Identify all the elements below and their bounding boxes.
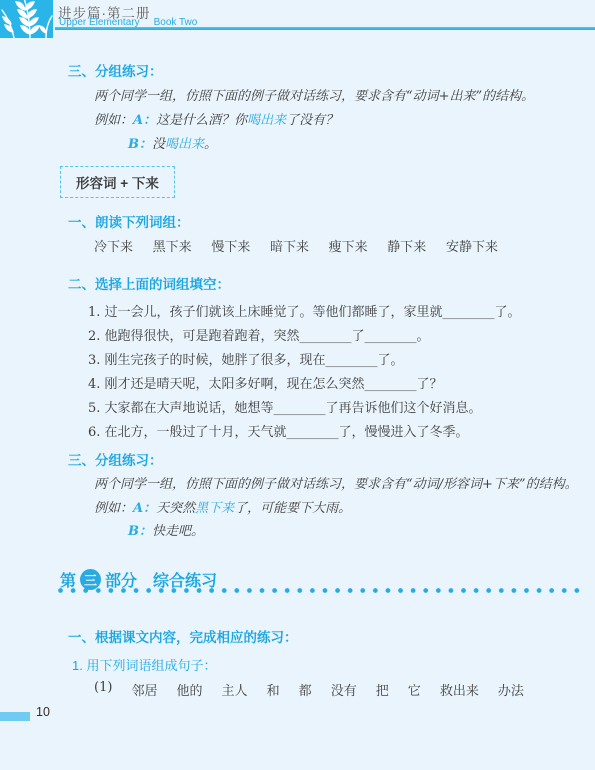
header-divider (55, 27, 595, 30)
word-item: 救出来 (440, 680, 479, 699)
make-sentences-subheading: 1. 用下列词语组成句子： (72, 655, 216, 674)
wheat-icon (0, 0, 53, 38)
word-item: 黑下来 (153, 236, 192, 255)
word-item: 慢下来 (211, 236, 250, 255)
sentence-item-label: (1) (94, 680, 112, 699)
b-text-post: 。 (204, 137, 217, 152)
speaker-a-label: A： (133, 501, 156, 516)
adj-practice-instruction: 两个同学一组，仿照下面的例子做对话练习，要求含有“动词/形容词+下来”的结构。 (94, 473, 578, 492)
fill-blank-sentence: 1. 过一会儿，孩子们就该上床睡觉了。等他们都睡了，家里就________了。 (88, 301, 521, 320)
verb-practice-instruction: 两个同学一组，仿照下面的例子做对话练习，要求含有“动词+出来”的结构。 (94, 85, 534, 104)
page-number: 10 (36, 705, 50, 719)
fill-blanks-heading: 二、选择上面的词组填空： (68, 273, 230, 293)
fill-blank-sentence: 6. 在北方，一般过了十月，天气就________了，慢慢进入了冬季。 (88, 421, 469, 440)
footer-accent-bar (0, 712, 30, 721)
verb-practice-example-a: 例如：A：这是什么酒？你喝出来了没有？ (94, 109, 338, 128)
fill-blank-sentence: 2. 他跑得很快，可是跑着跑着，突然________了________。 (88, 325, 430, 344)
word-item: 冷下来 (94, 236, 133, 255)
dotted-divider (58, 588, 582, 594)
word-item: 瘦下来 (329, 236, 368, 255)
a-text-post: 了没有？ (286, 113, 338, 128)
word-item: 和 (267, 680, 280, 699)
example-label: 例如： (94, 113, 133, 128)
a-text-highlight: 喝出来 (247, 113, 286, 128)
word-item: 邻居 (131, 680, 157, 699)
example-label: 例如： (94, 501, 133, 516)
speaker-a-label: A： (133, 113, 156, 128)
b-text: 快走吧。 (152, 524, 204, 539)
adj-practice-heading: 三、分组练习： (68, 449, 163, 469)
word-item: 暗下来 (270, 236, 309, 255)
fill-blank-sentence: 5. 大家都在大声地说话，她想等________了再告诉他们这个好消息。 (88, 397, 482, 416)
comprehensive-heading: 一、根据课文内容，完成相应的练习： (68, 626, 298, 646)
word-group-list: 冷下来 黑下来 慢下来 暗下来 瘦下来 静下来 安静下来 (94, 236, 498, 255)
a-text-highlight: 黑下来 (195, 501, 234, 516)
word-item: 静下来 (387, 236, 426, 255)
speaker-b-label: B： (128, 524, 152, 539)
fill-blank-sentence: 4. 刚才还是晴天呢，太阳多好啊，现在怎么突然________了？ (88, 373, 443, 392)
wheat-logo-icon (0, 0, 53, 38)
word-item: 它 (408, 680, 421, 699)
a-text-pre: 这是什么酒？你 (156, 113, 247, 128)
a-text-pre: 天突然 (156, 501, 195, 516)
word-item: 他的 (177, 680, 203, 699)
grammar-pattern-box: 形容词 + 下来 (60, 166, 175, 198)
textbook-page: 进步篇·第二册 Upper ElementaryBook Two 三、分组练习：… (0, 0, 595, 770)
verb-practice-example-b: B：没喝出来。 (128, 133, 217, 152)
b-text-pre: 没 (152, 137, 165, 152)
word-item: 没有 (331, 680, 357, 699)
verb-practice-heading: 三、分组练习： (68, 60, 163, 80)
adj-practice-example-b: B：快走吧。 (128, 520, 204, 539)
a-text-post: 了，可能要下大雨。 (234, 501, 351, 516)
speaker-b-label: B： (128, 137, 152, 152)
word-item: 办法 (498, 680, 524, 699)
read-words-heading: 一、朗读下列词组： (68, 211, 190, 231)
word-item: 把 (376, 680, 389, 699)
word-item: 都 (299, 680, 312, 699)
word-item: 主人 (222, 680, 248, 699)
b-text-highlight: 喝出来 (165, 137, 204, 152)
sentence-words-row: (1) 邻居 他的 主人 和 都 没有 把 它 救出来 办法 (94, 680, 524, 699)
fill-blank-sentence: 3. 刚生完孩子的时候，她胖了很多，现在________了。 (88, 349, 404, 368)
word-item: 安静下来 (446, 236, 498, 255)
adj-practice-example-a: 例如：A：天突然黑下来了，可能要下大雨。 (94, 497, 351, 516)
part-number-badge: 三 (80, 569, 101, 590)
